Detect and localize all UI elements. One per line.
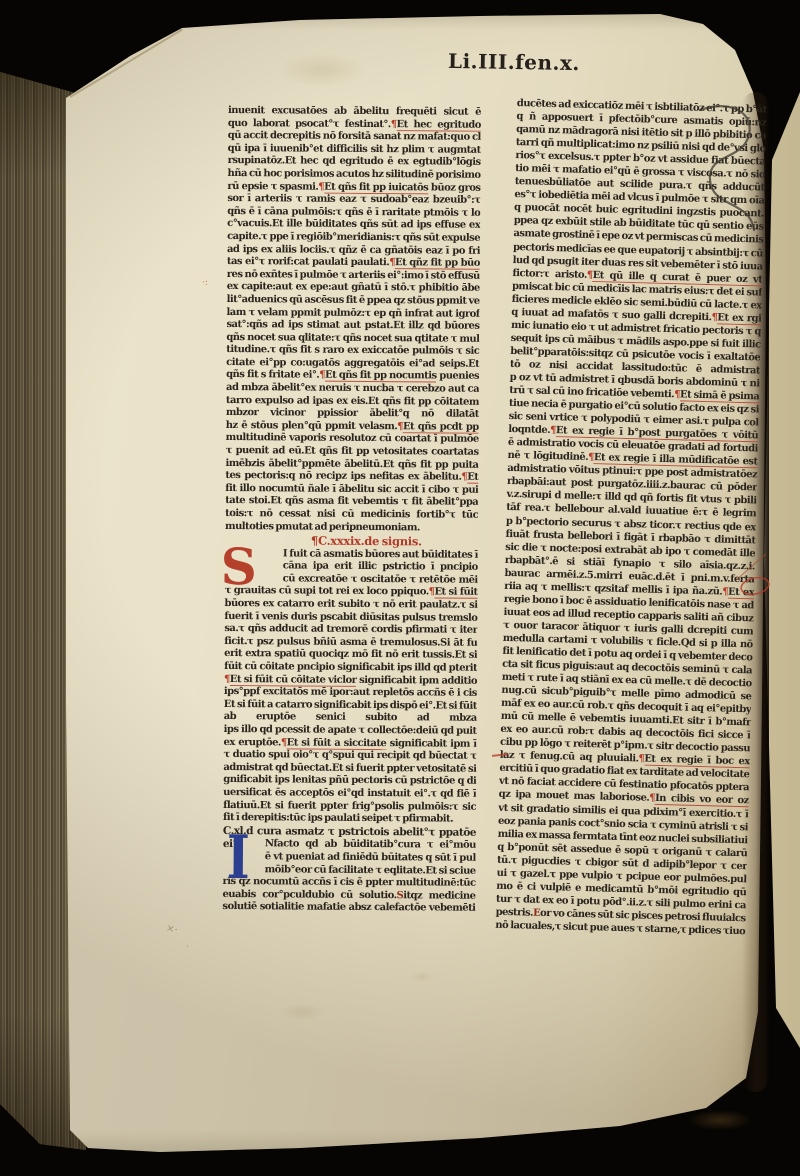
ink-squiggle [690,96,770,246]
chapter-40-opening: I Nfacto qd ab būiditatib°cura τ ei°mōuē… [222,838,476,915]
stain [688,1110,752,1130]
pilcrow-icon: ¶ [638,754,644,765]
red-hairline [736,552,768,584]
text-line: uersificat ēs acceptōs ei°qd instatuit e… [223,787,476,801]
text-line: tois:τ nō cessat nisi cū medicinis forti… [225,508,478,522]
chapter-39-opening: S I fuit cā asmatis būores aut būiditate… [223,548,478,827]
book-photo: Li.III.fen.x. inuenit excusatōes ab ābel… [0,0,800,1176]
text-line: solutiē sotialitie mafatie absz calefact… [222,901,475,915]
text-line: multoties pmutat ad peripneumoniam. [225,521,478,535]
margin-mark: · [186,942,189,952]
chapter-39-lines: I fuit cā asmatis būores aut būiditates … [223,548,478,827]
chapter-40-lines: Nfacto qd ab būiditatib°cura τ ei°mōuē v… [222,838,476,915]
pilcrow-icon: ¶ [391,119,397,130]
pilcrow-icon: ¶ [550,425,556,436]
text-line: hña cū hoc porisimos acutos hz silitudin… [227,168,480,182]
pilcrow-icon: ¶ [224,674,230,685]
running-head: Li.III.fen.x. [448,49,580,75]
drop-cap-s: S [221,548,257,586]
left-column: inuenit excusatōes ab ābelitu frequēti s… [222,105,481,916]
pilcrow-icon: ¶ [318,181,324,192]
text-line: ips illo qd pcessit de apate τ collectōe… [224,724,477,738]
margin-mark: ·: [202,278,208,288]
text-line: capite.τ ppe ī regiōib°meridianis:τ qñs … [227,231,480,245]
text-line: lit°aduenics qū ascēsus fit ē ppea qz st… [227,294,480,308]
text-line: fit ī derepitis:tūc ips paulati seipet τ… [223,812,476,826]
text-line: τ puenit ad eū.Et qñs fit pp vetositates… [226,445,479,459]
text-line: fūit cū cōitate pncipio significabit ips… [224,661,477,675]
text-line: cāna ipa erit illic pstrictio ī pncipio … [283,561,478,575]
drop-cap-i: I [227,836,250,880]
left-column-top-lines: inuenit excusatōes ab ābelitu frequēti s… [225,105,481,535]
text-line: inuenit excusatōes ab ābelitu frequēti s… [228,105,481,119]
text-line: ē vt pueniat ad finiēdū būitates q sūt ī… [265,851,476,865]
